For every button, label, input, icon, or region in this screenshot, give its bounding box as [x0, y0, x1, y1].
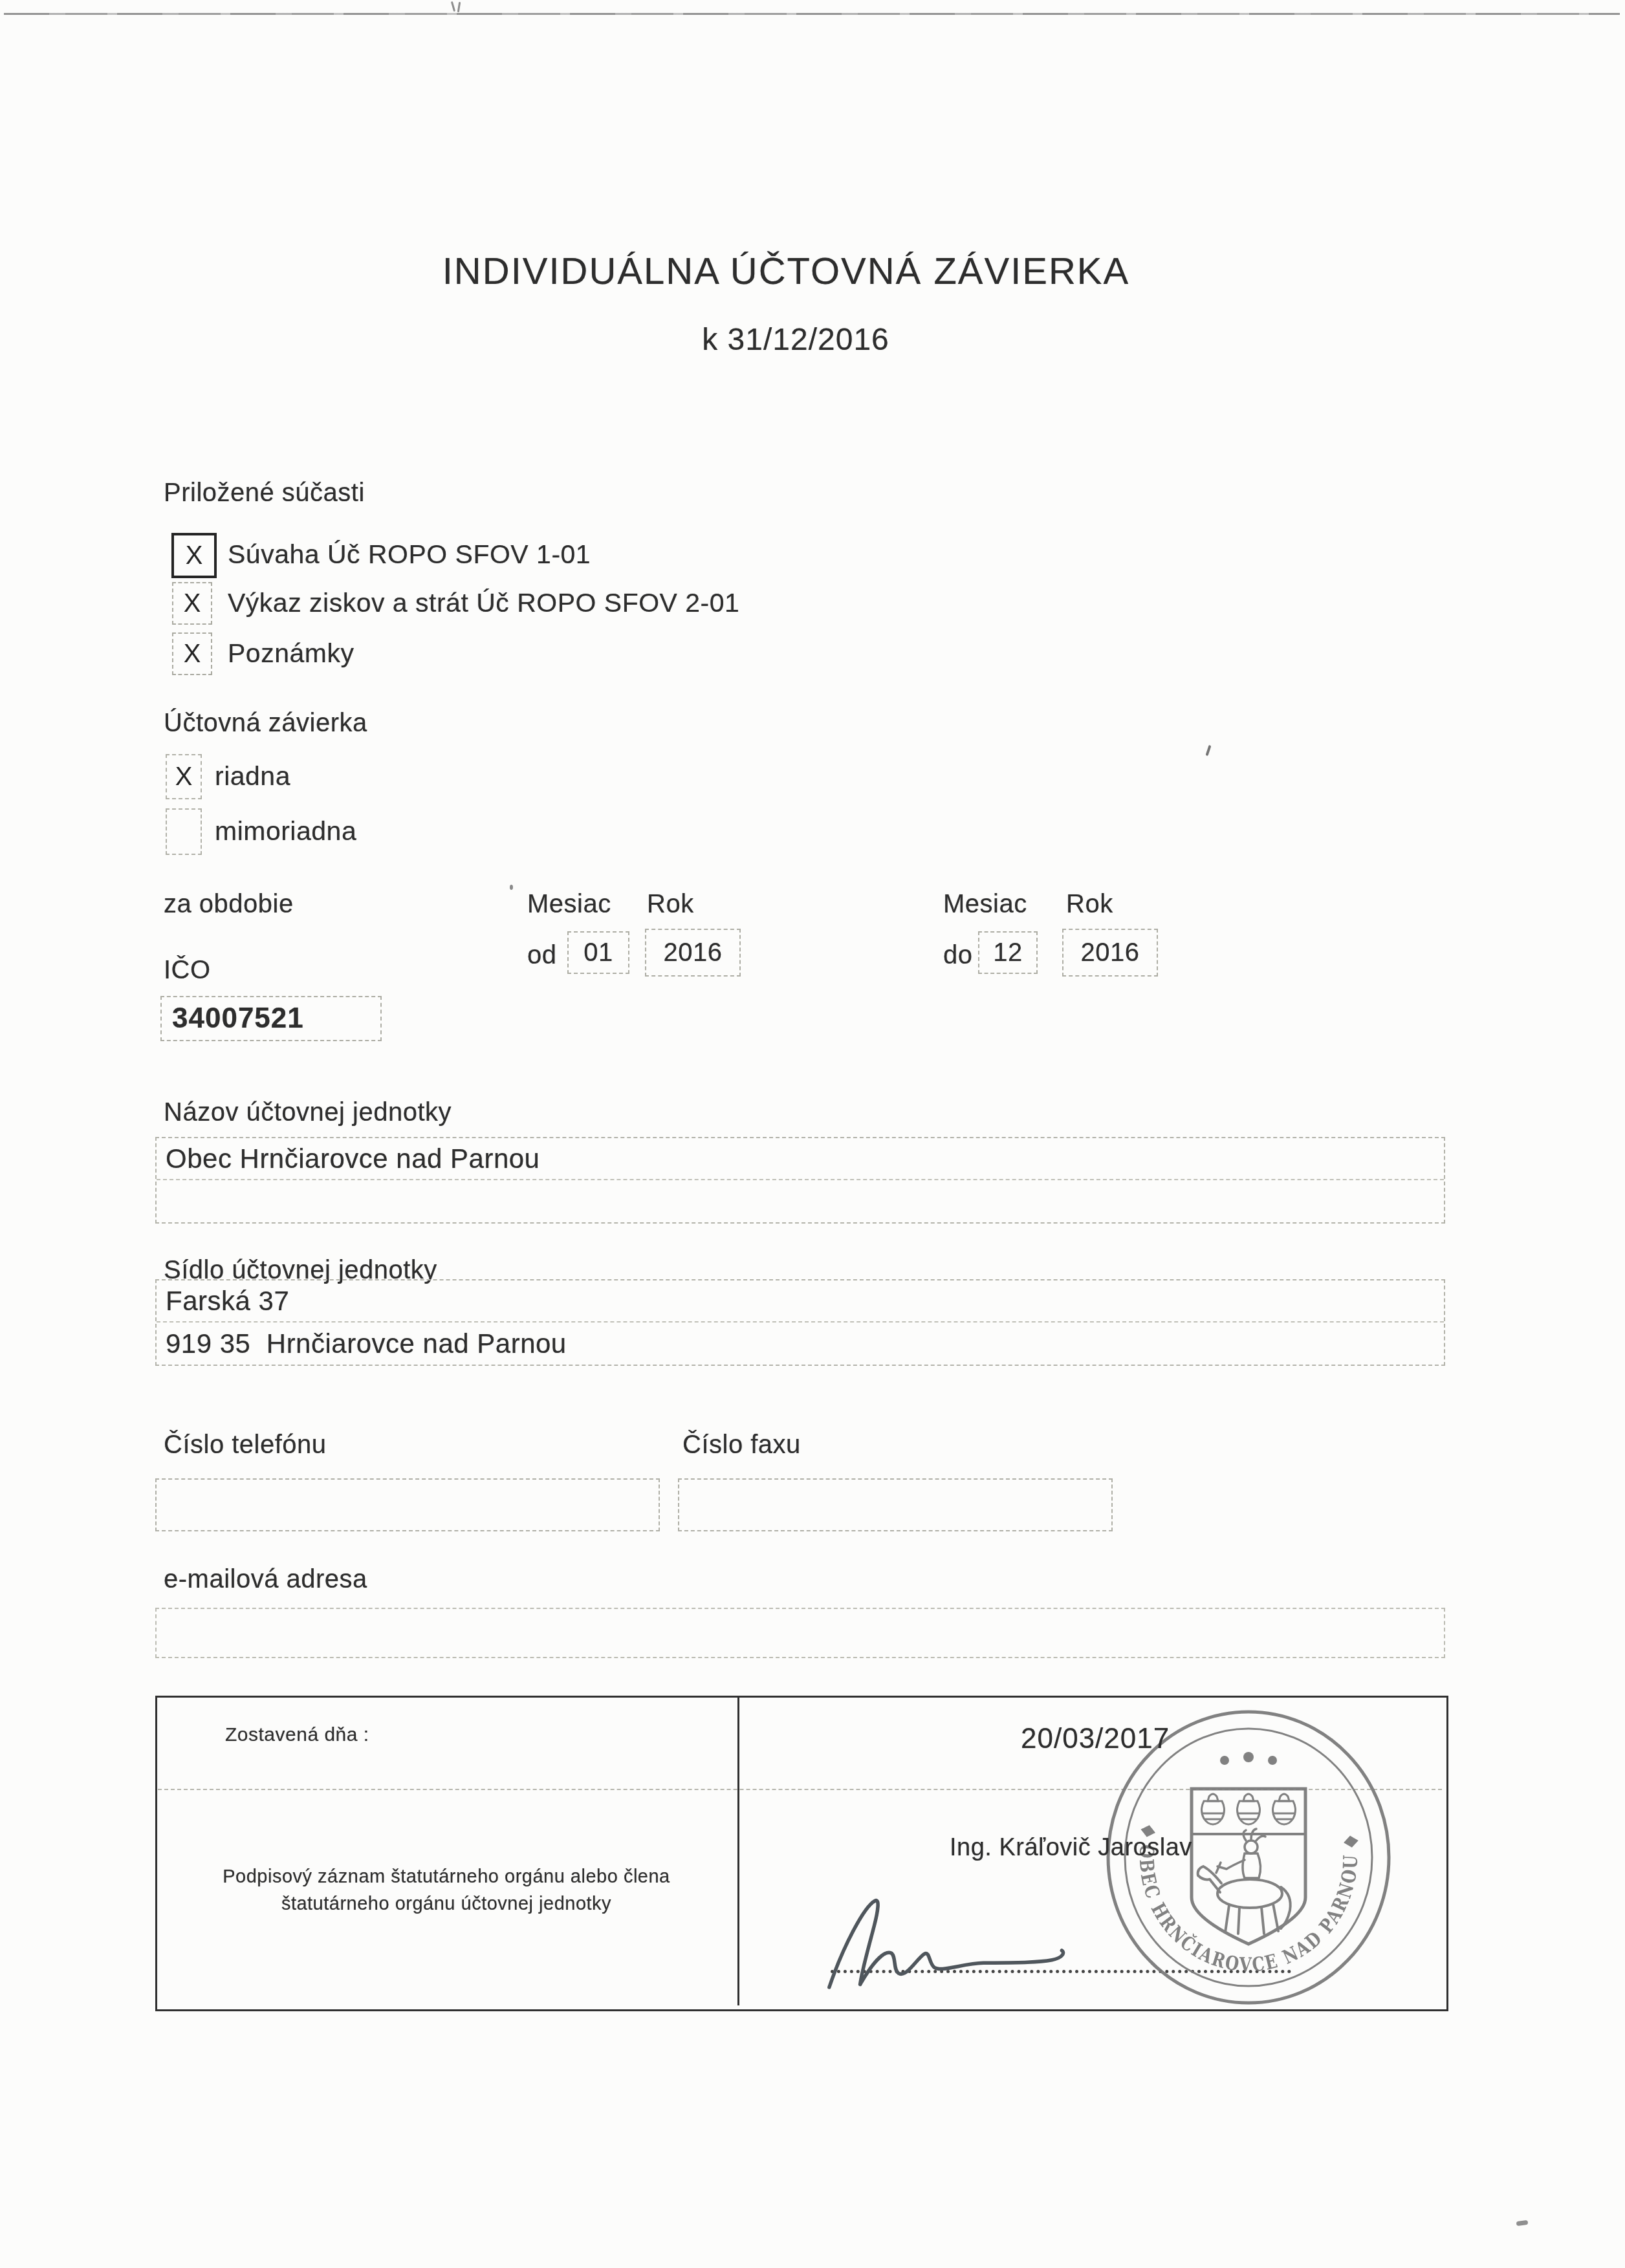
stamp-jug-icon — [1238, 1794, 1260, 1824]
entity-address-line1: Farská 37 — [157, 1280, 1444, 1323]
year-label-to: Rok — [1066, 890, 1113, 919]
scan-artifact — [457, 2, 461, 12]
x-mark: X — [175, 762, 193, 792]
compiled-date-label: Zostavená dňa : — [225, 1724, 369, 1746]
ico-section-label: IČO — [164, 956, 211, 985]
entity-name-row2 — [157, 1180, 1444, 1222]
period-from-year-value: 2016 — [664, 938, 723, 967]
page-subtitle: k 31/12/2016 — [0, 322, 1591, 358]
period-to-year-field: 2016 — [1062, 929, 1158, 977]
fax-section-label: Číslo faxu — [682, 1431, 801, 1460]
scan-artifact — [1205, 745, 1211, 756]
x-mark: X — [184, 589, 201, 618]
period-to-month-value: 12 — [993, 938, 1023, 967]
period-from-month-field: 01 — [567, 931, 629, 974]
handwritten-signature — [810, 1872, 1164, 2000]
period-from-month-value: 01 — [583, 938, 613, 967]
scan-artifact — [510, 885, 513, 890]
attachment-label-poznamky: Poznámky — [228, 632, 354, 674]
x-mark: X — [184, 640, 201, 669]
signature-caption-line2: štatutárneho orgánu účtovnej jednotky — [155, 1894, 737, 1915]
checkbox-vykaz: X — [172, 582, 212, 625]
scan-edge-line — [4, 13, 1620, 15]
scan-artifact — [1516, 2220, 1529, 2226]
x-mark: X — [186, 541, 203, 570]
period-to-year-value: 2016 — [1081, 938, 1140, 967]
fax-field — [678, 1478, 1113, 1531]
stamp-jug-icon — [1273, 1794, 1296, 1824]
stamp-knight-on-horse — [1198, 1829, 1291, 1934]
checkbox-poznamky: X — [172, 632, 212, 675]
stamp-dot — [1220, 1756, 1229, 1765]
period-from-prefix: od — [527, 935, 557, 975]
entity-name-value: Obec Hrnčiarovce nad Parnou — [157, 1138, 1444, 1180]
compiled-date-value: 20/03/2017 — [1021, 1723, 1170, 1755]
page-title: INDIVIDUÁLNA ÚČTOVNÁ ZÁVIERKA — [0, 250, 1572, 293]
period-to-prefix: do — [943, 935, 973, 975]
month-label-from: Mesiac — [527, 890, 611, 919]
entity-address-field: Farská 37 919 35 Hrnčiarovce nad Parnou — [155, 1279, 1445, 1366]
scanned-form-page: INDIVIDUÁLNA ÚČTOVNÁ ZÁVIERKA k 31/12/20… — [0, 0, 1625, 2268]
phone-section-label: Číslo telefónu — [164, 1431, 327, 1460]
signatory-name: Ing. Kráľovič Jaroslav — [950, 1834, 1192, 1862]
attachment-label-vykaz: Výkaz ziskov a strát Úč ROPO SFOV 2-01 — [228, 582, 739, 623]
checkbox-riadna: X — [166, 754, 202, 799]
option-label-mimoriadna: mimoriadna — [215, 808, 356, 854]
entity-address-line2: 919 35 Hrnčiarovce nad Parnou — [157, 1323, 1444, 1365]
period-section-label: za obdobie — [164, 890, 294, 919]
option-label-riadna: riadna — [215, 754, 290, 798]
year-label-from: Rok — [647, 890, 694, 919]
checkbox-suvaha: X — [171, 533, 217, 578]
period-from-year-field: 2016 — [645, 929, 741, 977]
stamp-dot — [1243, 1752, 1254, 1762]
email-field — [155, 1608, 1445, 1658]
signature-block-divider — [737, 1698, 739, 2005]
checkbox-mimoriadna — [166, 808, 202, 855]
closing-type-section-label: Účtovná závierka — [164, 709, 367, 738]
attachment-label-suvaha: Súvaha Úč ROPO SFOV 1-01 — [228, 533, 591, 576]
email-section-label: e-mailová adresa — [164, 1565, 367, 1594]
stamp-dot — [1268, 1756, 1277, 1765]
signature-caption-line1: Podpisový záznam štatutárneho orgánu ale… — [155, 1866, 737, 1888]
phone-field — [155, 1478, 660, 1531]
scan-artifact — [451, 1, 455, 12]
attachments-section-label: Priložené súčasti — [164, 479, 365, 508]
entity-name-section-label: Názov účtovnej jednotky — [164, 1098, 452, 1127]
stamp-shield — [1192, 1789, 1305, 1944]
period-to-month-field: 12 — [978, 931, 1038, 974]
entity-name-field: Obec Hrnčiarovce nad Parnou — [155, 1137, 1445, 1224]
month-label-to: Mesiac — [943, 890, 1027, 919]
ico-field: 34007521 — [160, 996, 382, 1041]
stamp-jug-icon — [1202, 1794, 1225, 1824]
ico-value: 34007521 — [162, 1002, 304, 1035]
